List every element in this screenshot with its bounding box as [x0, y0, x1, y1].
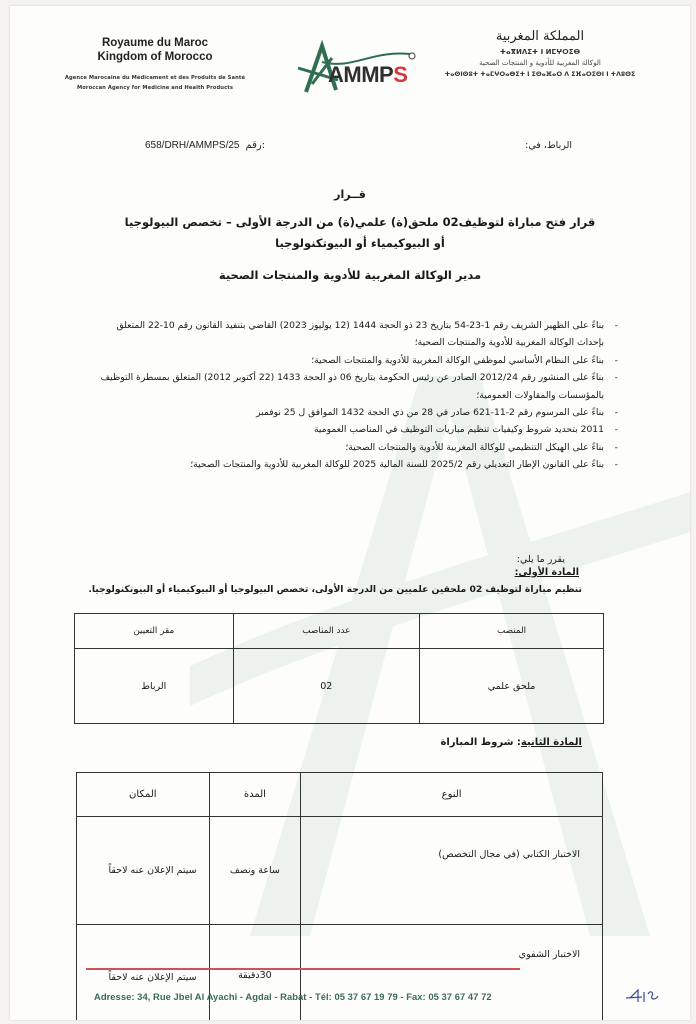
header-left-block: Royaume du Maroc Kingdom of Morocco Agen…	[10, 36, 300, 93]
signature-initials-icon	[622, 984, 662, 1006]
kingdom-fr: Royaume du Maroc	[10, 36, 300, 50]
cell-place: سيتم الإعلان عنه لاحقاً	[77, 817, 210, 925]
consideration-item: بناءً على النظام الأساسي لموظفي الوكالة …	[90, 352, 618, 369]
cell-duration: 30دقيقة	[209, 925, 301, 1021]
consideration-item: بناءً على الهيكل التنظيمي للوكالة المغرب…	[90, 439, 618, 456]
consideration-item: بناءً على القانون الإطار التعديلي رقم 20…	[90, 456, 618, 473]
agency-tifinagh: ⵜⴰⵙⵏⵙⵓⵜ ⵜⴰⵎⵖⵔⴰⴱⵉⵜ ⵏ ⵉⵙⴰⴼⴰⵔ ⴷ ⵉⴼⴰⵔⵉⵙⵏ ⵏ ⵜ…	[410, 69, 670, 80]
article-2-title: المادة الثانية: شروط المباراة	[440, 737, 582, 748]
document-page: Royaume du Maroc Kingdom of Morocco Agen…	[10, 6, 690, 1020]
col-header-location: مقر التعيين	[75, 614, 234, 649]
cell-position: ملحق علمي	[420, 649, 604, 724]
footer-divider	[86, 968, 520, 970]
decision-heading: قــرار	[10, 188, 690, 201]
agency-en: Moroccan Agency for Medicine and Health …	[10, 83, 300, 93]
kingdom-en: Kingdom of Morocco	[10, 50, 300, 64]
logo-text: AMMPS	[328, 62, 407, 88]
cell-location: الرباط	[75, 649, 234, 724]
consideration-item: بناءً على المنشور رقم 2012/24 الصادر عن …	[90, 369, 618, 404]
positions-table: المنصب عدد المناصب مقر التعيين ملحق علمي…	[74, 613, 604, 724]
agency-ar: الوكالة المغربية للأدوية و المنتجات الصح…	[410, 58, 670, 69]
reference-number: 658/DRH/AMMPS/25رقم:	[145, 140, 265, 151]
article-1-body: تنظيم مباراة لتوظيف 02 ملحقين علميين من …	[88, 584, 582, 595]
article-1-title: المادة الأولى:	[515, 567, 579, 578]
cell-type: الاختبار الشفوي	[301, 925, 603, 1021]
director-title: مدير الوكالة المغربية للأدوية والمنتجات …	[10, 268, 690, 282]
col-header-count: عدد المناصب	[233, 614, 420, 649]
cell-place: سيتم الإعلان عنه لاحقاً	[77, 925, 210, 1021]
table-row: الاختبار الكتابي (في مجال التخصص) ساعة و…	[77, 817, 603, 925]
cell-duration: ساعة ونصف	[209, 817, 301, 925]
consideration-item: بناءً على الظهير الشريف رقم 1-23-54 بتار…	[90, 317, 618, 352]
consideration-item: 2011 بتحديد شروط وكيفيات تنظيم مباريات ا…	[90, 421, 618, 438]
footer-address: Adresse: 34, Rue Jbel Al Ayachi - Agdal …	[94, 991, 594, 1002]
col-header-place: المكان	[77, 773, 210, 817]
decision-title: قرار فتح مباراة لتوظيف02 ملحق(ة) علمي(ة)…	[120, 212, 600, 254]
exam-conditions-table: النوع المدة المكان الاختبار الكتابي (في …	[76, 772, 603, 1020]
kingdom-ar: المملكة المغربية	[410, 28, 670, 46]
kingdom-tifinagh: ⵜⴰⴳⵍⴷⵉⵜ ⵏ ⵍⵎⵖⵔⵉⴱ	[410, 46, 670, 58]
table-row: الاختبار الشفوي 30دقيقة سيتم الإعلان عنه…	[77, 925, 603, 1021]
col-header-type: النوع	[301, 773, 603, 817]
col-header-position: المنصب	[420, 614, 604, 649]
header-right-block: المملكة المغربية ⵜⴰⴳⵍⴷⵉⵜ ⵏ ⵍⵎⵖⵔⵉⴱ الوكال…	[410, 28, 670, 80]
decides-label: يقرر ما يلي:	[517, 554, 565, 565]
cell-count: 02	[233, 649, 420, 724]
consideration-item: بناءً على المرسوم رقم 2-11-621 صادر في 2…	[90, 404, 618, 421]
agency-fr: Agence Marocaine du Médicament et des Pr…	[10, 73, 300, 83]
col-header-duration: المدة	[209, 773, 301, 817]
table-row: ملحق علمي 02 الرباط	[75, 649, 604, 724]
place-date: الرباط، في:	[525, 140, 572, 151]
considerations-list: بناءً على الظهير الشريف رقم 1-23-54 بتار…	[90, 317, 618, 474]
cell-type: الاختبار الكتابي (في مجال التخصص)	[301, 817, 603, 925]
